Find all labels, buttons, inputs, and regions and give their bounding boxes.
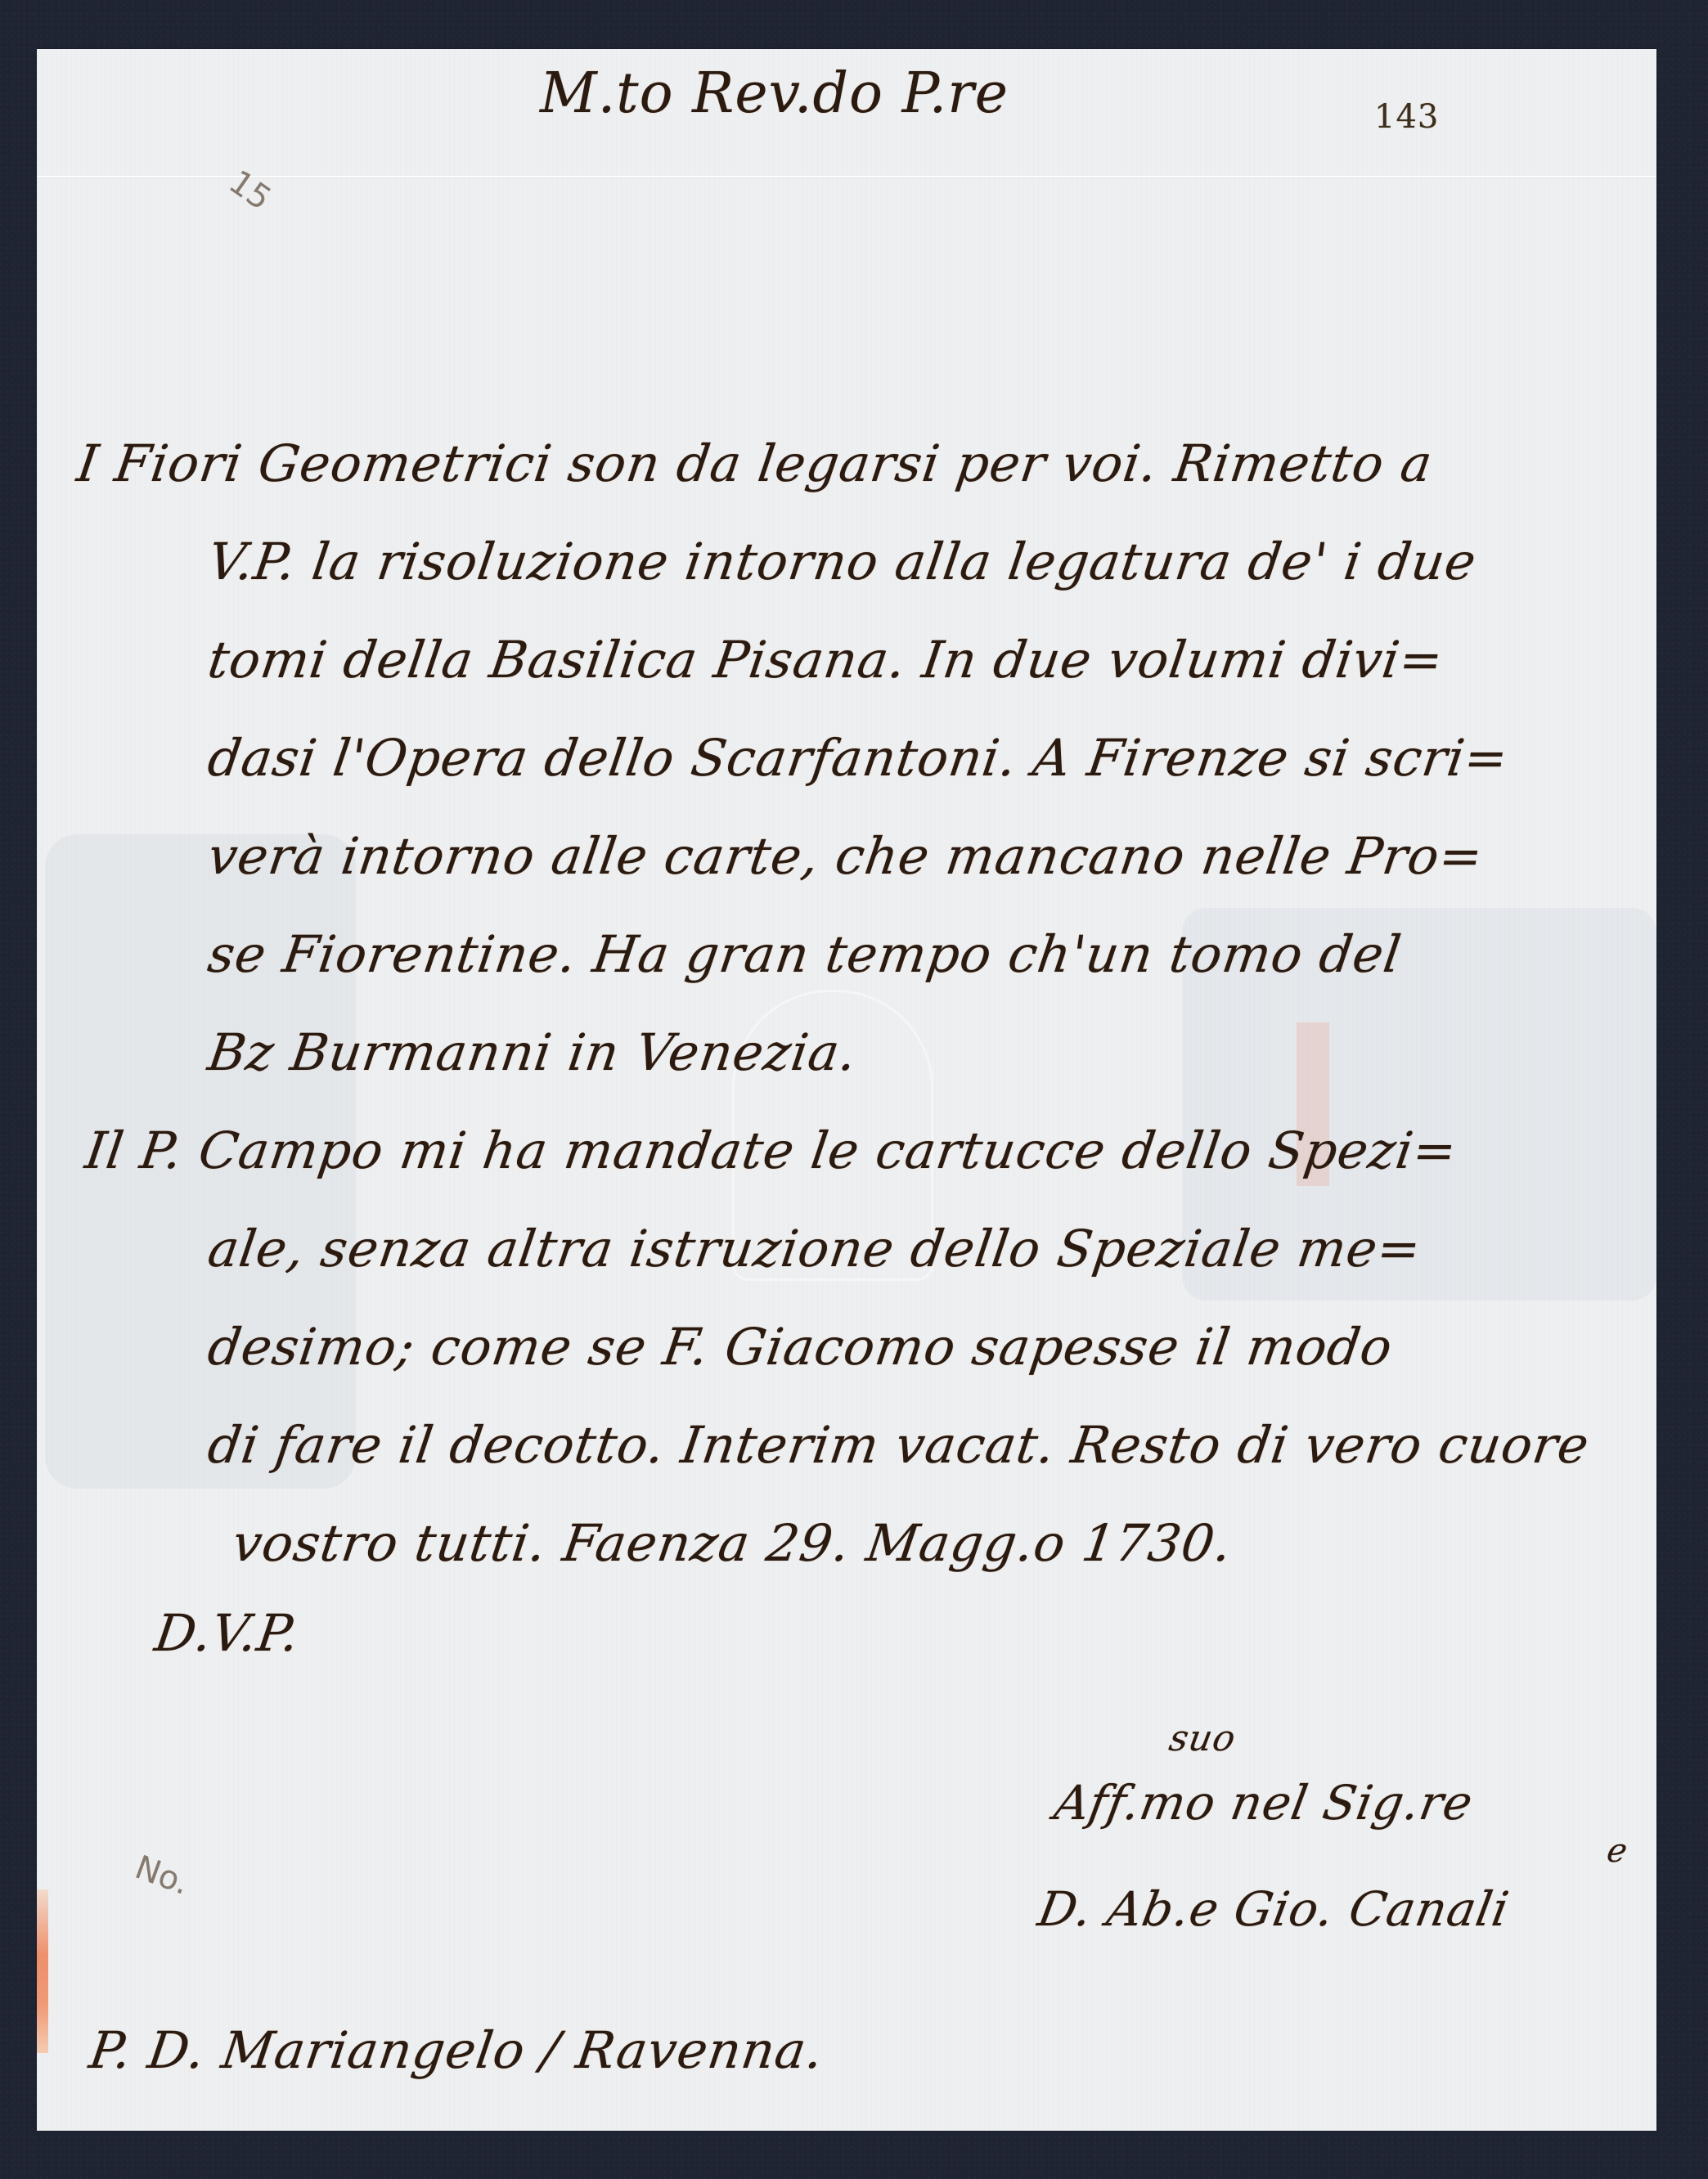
letter-line: Bz Burmanni in Venezia. — [205, 1022, 861, 1082]
letter-line: dasi l'Opera dello Scarfantoni. A Firenz… — [205, 728, 1512, 788]
page-number: 143 — [1374, 98, 1439, 136]
salutation: M.to Rev.do P.re — [540, 61, 1009, 126]
paper-fold-crease — [37, 176, 1656, 177]
margin-mark-top-left: 15 — [222, 164, 277, 218]
signature-name: D. Ab.e Gio. Canali — [1034, 1881, 1513, 1937]
letter-line: I Fiori Geometrici son da legarsi per vo… — [74, 434, 1436, 493]
letter-line: Il P. Campo mi ha mandate le cartucce de… — [82, 1121, 1461, 1180]
letter-line: di fare il decotto. Interim vacat. Resto… — [205, 1415, 1593, 1475]
closing-abbreviation: D.V.P. — [151, 1603, 303, 1663]
letter-line: desimo; come se F. Giacomo sapesse il mo… — [205, 1317, 1396, 1377]
date-line: vostro tutti. Faenza 29. Magg.o 1730. — [229, 1513, 1236, 1573]
letter-line: verà intorno alle carte, che mancano nel… — [205, 826, 1487, 886]
margin-mark-lower-left: No. — [130, 1849, 194, 1903]
signature-line: suo — [1166, 1718, 1239, 1759]
sealing-wax-trace — [37, 1889, 48, 2053]
letter-line: ale, senza altra istruzione dello Spezia… — [205, 1219, 1425, 1278]
signature-line: Aff.mo nel Sig.re — [1050, 1775, 1477, 1831]
letter-line: tomi della Basilica Pisana. In due volum… — [205, 630, 1447, 690]
letter-line: V.P. la risoluzione intorno alla legatur… — [205, 532, 1481, 591]
letter-line: se Fiorentine. Ha gran tempo ch'un tomo … — [205, 924, 1405, 984]
addressee: P. D. Mariangelo / Ravenna. — [86, 2020, 828, 2080]
